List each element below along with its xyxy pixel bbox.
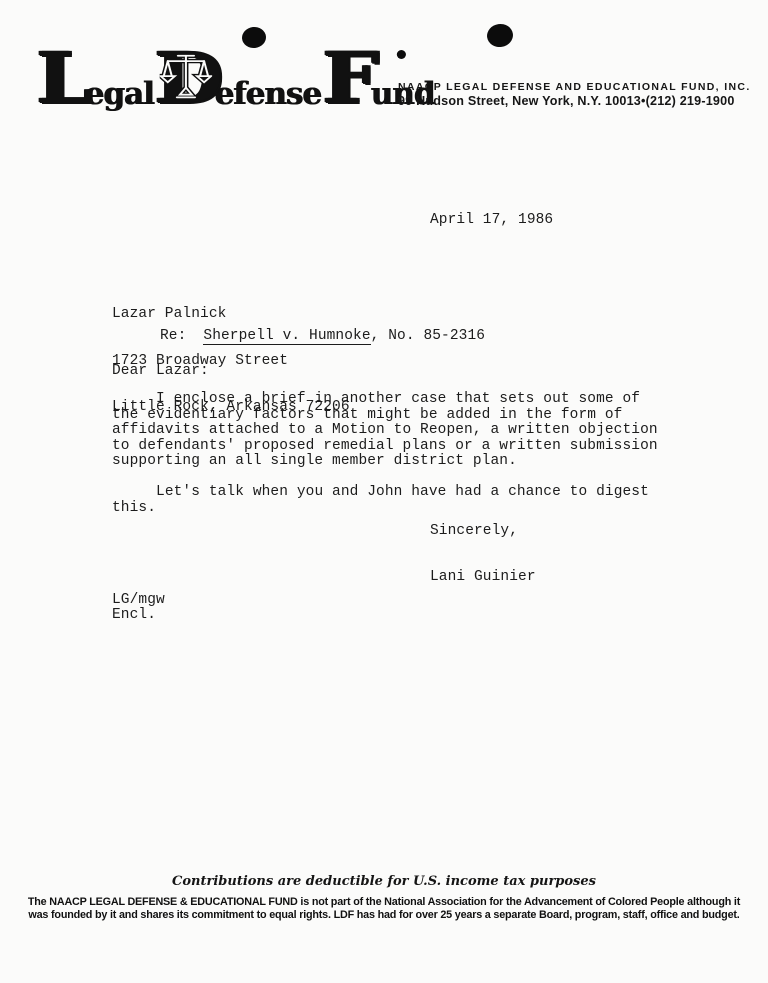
re-label: Re:	[160, 328, 186, 344]
re-case-name: Sherpell v. Humnoke	[203, 328, 370, 345]
logo-letter-l: L	[36, 50, 92, 106]
body-paragraph-1: I enclose a brief in another case that s…	[112, 392, 692, 470]
re-case-number: , No. 85-2316	[371, 328, 485, 344]
ldf-logo: L egal D	[36, 50, 435, 106]
closing: Sincerely,	[430, 524, 518, 540]
tax-deductible-note: Contributions are deductible for U.S. in…	[0, 874, 768, 890]
footer-disclaimer: The NAACP LEGAL DEFENSE & EDUCATIONAL FU…	[24, 896, 744, 922]
scales-of-justice-icon	[160, 51, 212, 103]
punch-hole-left	[241, 26, 267, 49]
punch-hole-right	[486, 22, 515, 48]
body-paragraph-2: Let's talk when you and John have had a …	[112, 485, 692, 516]
recipient-name: Lazar Palnick	[112, 307, 350, 323]
letterhead-org-block: NAACP LEGAL DEFENSE AND EDUCATIONAL FUND…	[398, 80, 751, 109]
letter-date: April 17, 1986	[430, 213, 553, 229]
logo-apostrophe-dot	[397, 50, 406, 59]
footer-disclaimer-line-1: The NAACP LEGAL DEFENSE & EDUCATIONAL FU…	[24, 896, 744, 909]
salutation: Dear Lazar:	[112, 364, 209, 380]
logo-letter-f: F	[322, 50, 379, 106]
logo-word-efense: efense	[214, 82, 321, 106]
enclosure-notation: Encl.	[112, 608, 156, 624]
org-name: NAACP LEGAL DEFENSE AND EDUCATIONAL FUND…	[398, 80, 751, 94]
org-address: 99 Hudson Street, New York, N.Y. 10013•(…	[398, 94, 751, 109]
logo-word-egal: egal	[84, 82, 153, 106]
signature-name: Lani Guinier	[430, 570, 536, 586]
footer-disclaimer-line-2: was founded by it and shares its commitm…	[24, 909, 744, 922]
letter-page: L egal D	[0, 0, 768, 983]
re-line: Re:Sherpell v. Humnoke, No. 85-2316	[160, 329, 485, 345]
logo-letter-d: D	[154, 50, 223, 106]
